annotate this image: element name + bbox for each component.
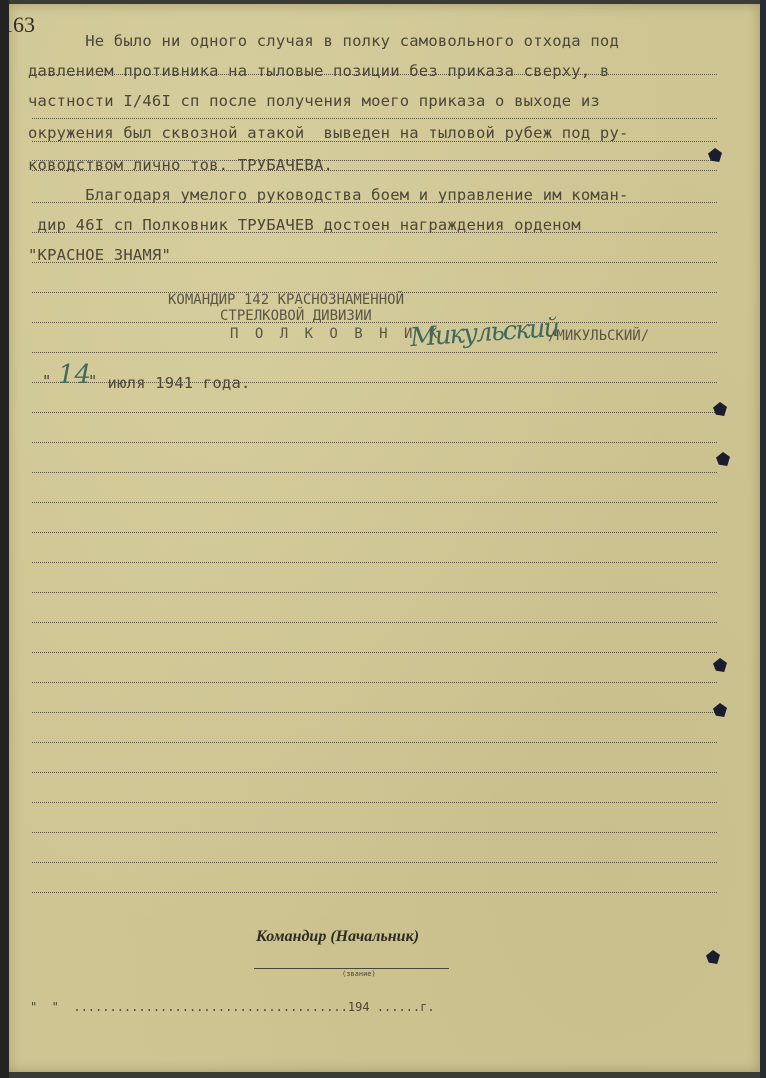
handwritten-day: 14: [58, 360, 91, 390]
ruled-line: [32, 322, 717, 323]
ruled-line: [32, 502, 717, 503]
date-text: июля 1941 года.: [98, 374, 251, 392]
signatory-name: /МИКУЛЬСКИЙ/: [548, 328, 649, 344]
ruled-line: [32, 712, 717, 713]
body-line: Благодаря умелого руководства боем и упр…: [28, 186, 629, 204]
ruled-line: [32, 892, 717, 893]
body-line: ководством лично тов. ТРУБАЧЕВА.: [28, 156, 333, 174]
ruled-line: [32, 622, 717, 623]
signature-title-line1: КОМАНДИР 142 КРАСНОЗНАМЕННОЙ: [168, 292, 404, 308]
ruled-line: [32, 652, 717, 653]
ruled-line: [32, 562, 717, 563]
body-line: давлением противника на тыловые позиции …: [28, 62, 609, 80]
form-date-line: " " ....................................…: [30, 1000, 435, 1014]
ruled-line: [32, 742, 717, 743]
date-quote-close: ": [88, 372, 98, 390]
ruled-line: [32, 682, 717, 683]
ruled-line: [32, 772, 717, 773]
body-line: дир 46I сп Полковник ТРУБАЧЕВ достоен на…: [28, 216, 581, 234]
ruled-line: [32, 118, 717, 119]
ruled-line: [32, 472, 717, 473]
rank-signature-line: [254, 968, 449, 969]
ruled-line: [32, 592, 717, 593]
body-line: Не было ни одного случая в полку самовол…: [28, 32, 619, 50]
rank-caption: (звание): [342, 970, 376, 978]
ruled-line: [32, 832, 717, 833]
scan-left-edge: [0, 0, 9, 1078]
ruled-line: [32, 862, 717, 863]
scan-right-edge: [760, 0, 766, 1078]
body-line: частности I/46I сп после получения моего…: [28, 92, 600, 110]
ruled-line: [32, 802, 717, 803]
date-quote-open: ": [42, 372, 52, 390]
ruled-line: [32, 412, 717, 413]
ruled-line: [32, 352, 717, 353]
body-line: окружения был сквозной атакой выведен на…: [28, 124, 629, 142]
signature-title-line2: СТРЕЛКОВОЙ ДИВИЗИИ: [220, 308, 372, 324]
body-line: "КРАСНОЕ ЗНАМЯ": [28, 246, 171, 264]
ruled-line: [32, 532, 717, 533]
form-commander-label: Командир (Начальник): [256, 928, 419, 946]
ruled-line: [32, 442, 717, 443]
